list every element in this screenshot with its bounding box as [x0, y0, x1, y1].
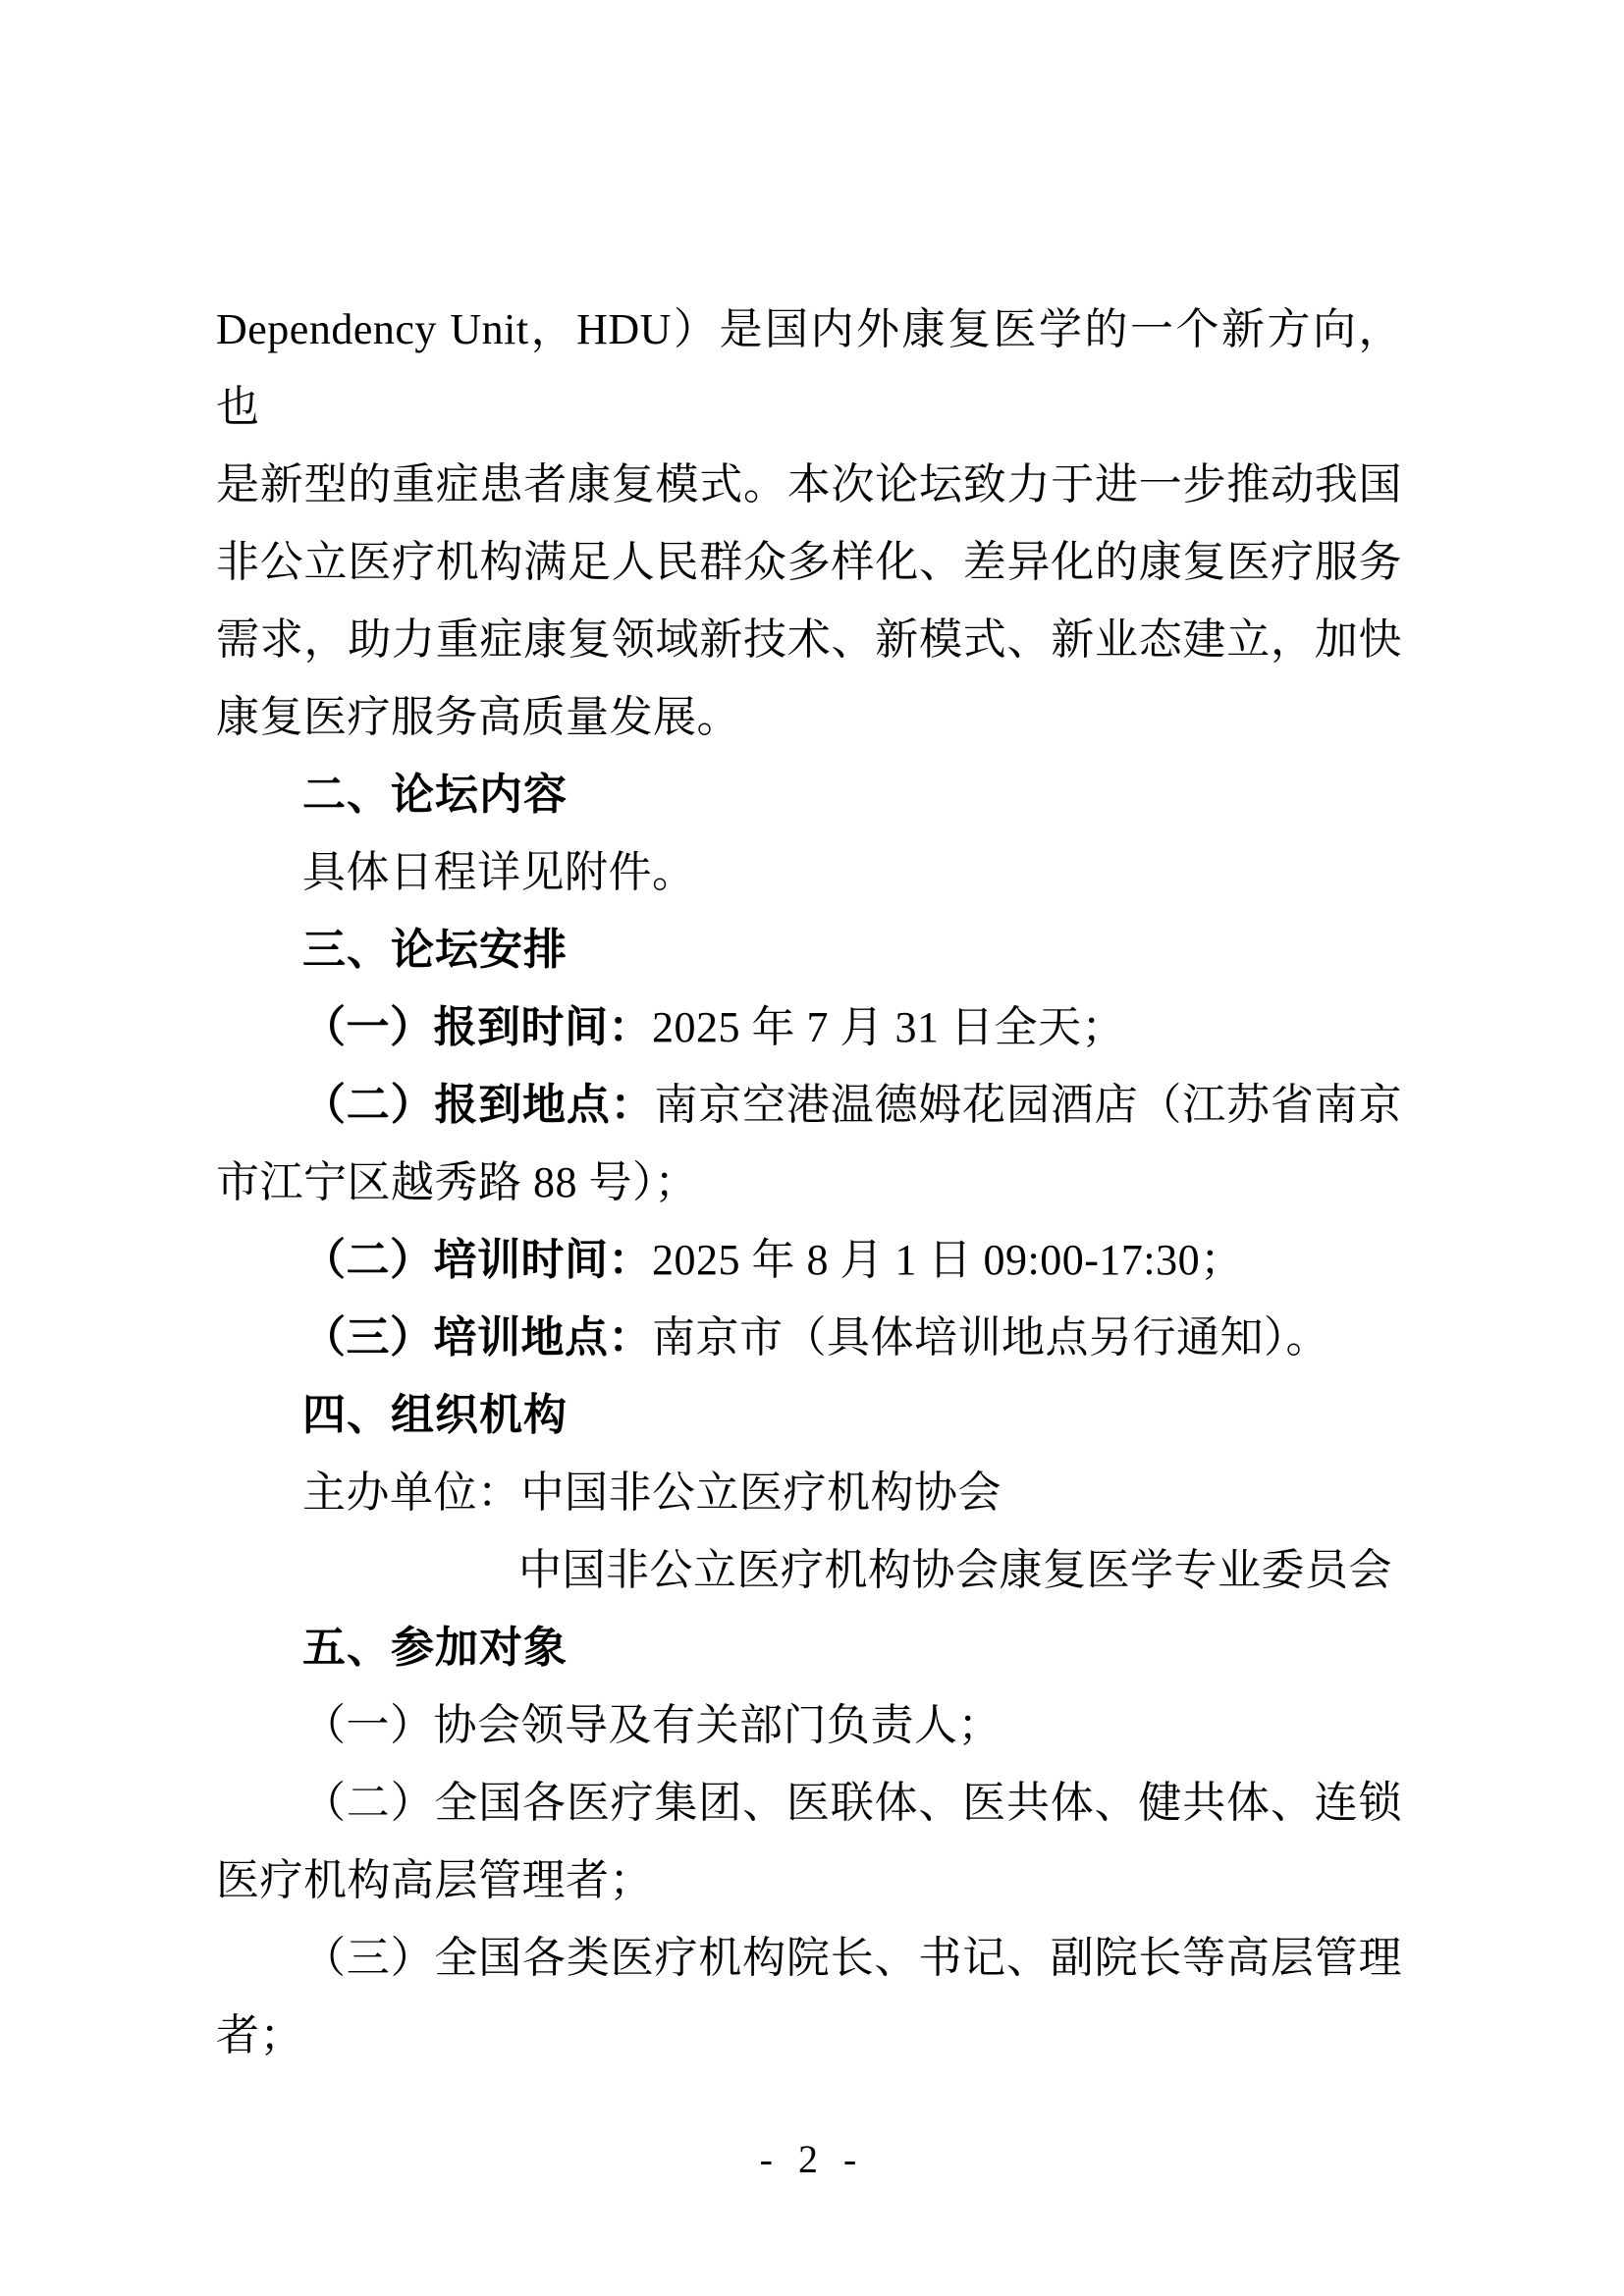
- list-item-label: （二）培训时间：: [302, 1236, 652, 1284]
- list-item-value: 2025 年 7 月 31 日全天；: [652, 1003, 1125, 1051]
- paragraph-line: 需求，助力重症康复领域新技术、新模式、新业态建立，加快: [216, 601, 1402, 678]
- paragraph-line: 医疗机构高层管理者；: [216, 1842, 1402, 1919]
- list-item-value: 2025 年 8 月 1 日 09:00-17:30；: [652, 1236, 1244, 1284]
- section-heading-organization: 四、组织机构: [216, 1376, 1402, 1454]
- list-item-label: （一）报到时间：: [302, 1003, 652, 1051]
- list-item-value: 南京空港温德姆花园酒店（江苏省南京: [655, 1081, 1403, 1129]
- paragraph-line: 市江宁区越秀路 88 号）；: [216, 1144, 1402, 1221]
- page-number: - 2 -: [760, 2137, 865, 2181]
- document-body: Dependency Unit，HDU）是国内外康复医学的一个新方向，也 是新型…: [216, 291, 1402, 2074]
- list-item-checkin-time: （一）报到时间：2025 年 7 月 31 日全天；: [216, 988, 1402, 1066]
- paragraph-line: 者；: [216, 1997, 1402, 2074]
- page-footer: - 2 -: [0, 2132, 1624, 2187]
- list-item-value: 南京市（具体培训地点另行通知）。: [652, 1313, 1329, 1362]
- list-item-label: （三）培训地点：: [302, 1313, 652, 1362]
- document-page: Dependency Unit，HDU）是国内外康复医学的一个新方向，也 是新型…: [0, 0, 1624, 2296]
- paragraph-line: 是新型的重症患者康复模式。本次论坛致力于进一步推动我国: [216, 446, 1402, 523]
- list-item-participants-2: （二）全国各医疗集团、医联体、医共体、健共体、连锁: [216, 1764, 1402, 1842]
- list-item-training-place: （三）培训地点：南京市（具体培训地点另行通知）。: [216, 1299, 1402, 1376]
- paragraph-line: 具体日程详见附件。: [216, 833, 1402, 911]
- section-heading-forum-arrangement: 三、论坛安排: [216, 911, 1402, 988]
- paragraph-line: Dependency Unit，HDU）是国内外康复医学的一个新方向，也: [216, 291, 1402, 446]
- section-heading-forum-content: 二、论坛内容: [216, 756, 1402, 833]
- paragraph-line: 康复医疗服务高质量发展。: [216, 678, 1402, 756]
- organizer-line: 主办单位：中国非公立医疗机构协会: [216, 1454, 1402, 1531]
- paragraph-line: 非公立医疗机构满足人民群众多样化、差异化的康复医疗服务: [216, 523, 1402, 601]
- list-item-participants-1: （一）协会领导及有关部门负责人；: [216, 1686, 1402, 1764]
- list-item-training-time: （二）培训时间：2025 年 8 月 1 日 09:00-17:30；: [216, 1221, 1402, 1299]
- organizer-line-continued: 中国非公立医疗机构协会康复医学专业委员会: [216, 1531, 1402, 1609]
- list-item-label: （二）报到地点：: [302, 1081, 655, 1129]
- list-item-participants-3: （三）全国各类医疗机构院长、书记、副院长等高层管理: [216, 1919, 1402, 1997]
- section-heading-participants: 五、参加对象: [216, 1609, 1402, 1686]
- list-item-checkin-place: （二）报到地点：南京空港温德姆花园酒店（江苏省南京: [216, 1066, 1402, 1144]
